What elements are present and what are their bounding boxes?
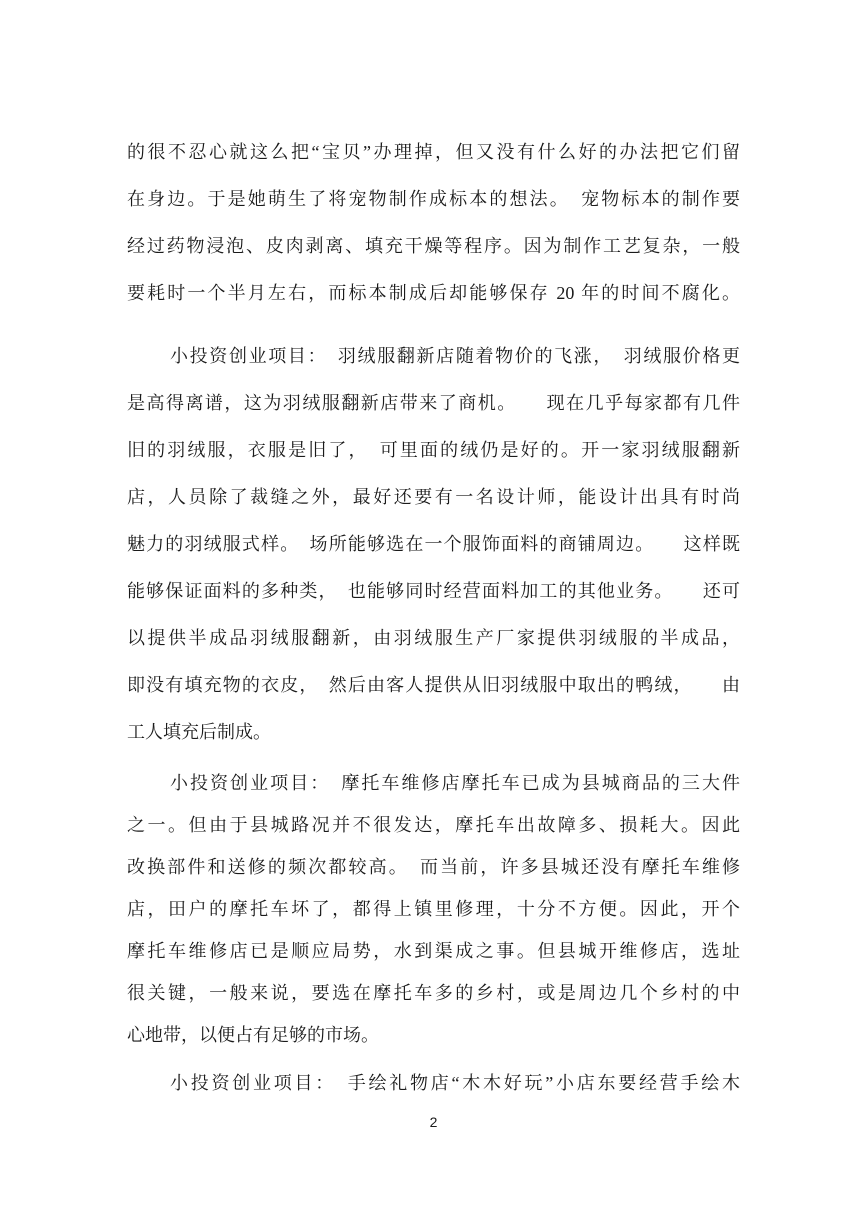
document-page: 的很不忍心就这么把“宝贝”办理掉，但又没有什么好的办法把它们留在身边。于是她萌生… (0, 0, 860, 1218)
text-line: 旧的羽绒服，衣服是旧了， 可里面的绒仍是好的。开一家羽绒服翻新 (127, 427, 740, 474)
text-line: 很关键，一般来说，要选在摩托车多的乡村，或是周边几个乡村的中 (127, 972, 740, 1014)
text-line: 工人填充后制成。 (127, 709, 740, 756)
paragraph: 小投资创业项目： 手绘礼物店“木木好玩”小店东要经营手绘木 (127, 1062, 740, 1104)
text-line: 之一。但由于县城路况并不很发达，摩托车出故障多、损耗大。因此 (127, 804, 740, 846)
text-line: 小投资创业项目： 手绘礼物店“木木好玩”小店东要经营手绘木 (127, 1062, 740, 1104)
text-line: 店，田户的摩托车坏了，都得上镇里修理，十分不方便。因此，开个 (127, 888, 740, 930)
text-line: 能够保证面料的多种类， 也能够同时经营面料加工的其他业务。 还可 (127, 568, 740, 615)
text-line: 经过药物浸泡、皮肉剥离、填充干燥等程序。因为制作工艺复杂，一般 (127, 223, 740, 270)
document-body: 的很不忍心就这么把“宝贝”办理掉，但又没有什么好的办法把它们留在身边。于是她萌生… (127, 129, 740, 1104)
text-line: 的很不忍心就这么把“宝贝”办理掉，但又没有什么好的办法把它们留 (127, 129, 740, 176)
text-line: 是高得离谱，这为羽绒服翻新店带来了商机。 现在几乎每家都有几件 (127, 380, 740, 427)
paragraph: 小投资创业项目： 羽绒服翻新店随着物价的飞涨， 羽绒服价格更是高得离谱，这为羽绒… (127, 333, 740, 756)
text-line: 店，人员除了裁缝之外，最好还要有一名设计师，能设计出具有时尚 (127, 474, 740, 521)
paragraph: 的很不忍心就这么把“宝贝”办理掉，但又没有什么好的办法把它们留在身边。于是她萌生… (127, 129, 740, 317)
text-line: 要耗时一个半月左右，而标本制成后却能够保存 20 年的时间不腐化。 (127, 270, 740, 317)
paragraph: 小投资创业项目： 摩托车维修店摩托车已成为县城商品的三大件之一。但由于县城路况并… (127, 762, 740, 1056)
text-line: 以提供半成品羽绒服翻新，由羽绒服生产厂家提供羽绒服的半成品， (127, 615, 740, 662)
text-line: 小投资创业项目： 摩托车维修店摩托车已成为县城商品的三大件 (127, 762, 740, 804)
text-line: 心地带，以便占有足够的市场。 (127, 1014, 740, 1056)
text-line: 魅力的羽绒服式样。 场所能够选在一个服饰面料的商铺周边。 这样既 (127, 521, 740, 568)
page-number: 2 (127, 1112, 740, 1132)
text-line: 改换部件和送修的频次都较高。 而当前，许多县城还没有摩托车维修 (127, 846, 740, 888)
text-line: 摩托车维修店已是顺应局势，水到渠成之事。但县城开维修店，选址 (127, 930, 740, 972)
text-line: 在身边。于是她萌生了将宠物制作成标本的想法。 宠物标本的制作要 (127, 176, 740, 223)
text-line: 即没有填充物的衣皮， 然后由客人提供从旧羽绒服中取出的鸭绒， 由 (127, 662, 740, 709)
text-line: 小投资创业项目： 羽绒服翻新店随着物价的飞涨， 羽绒服价格更 (127, 333, 740, 380)
